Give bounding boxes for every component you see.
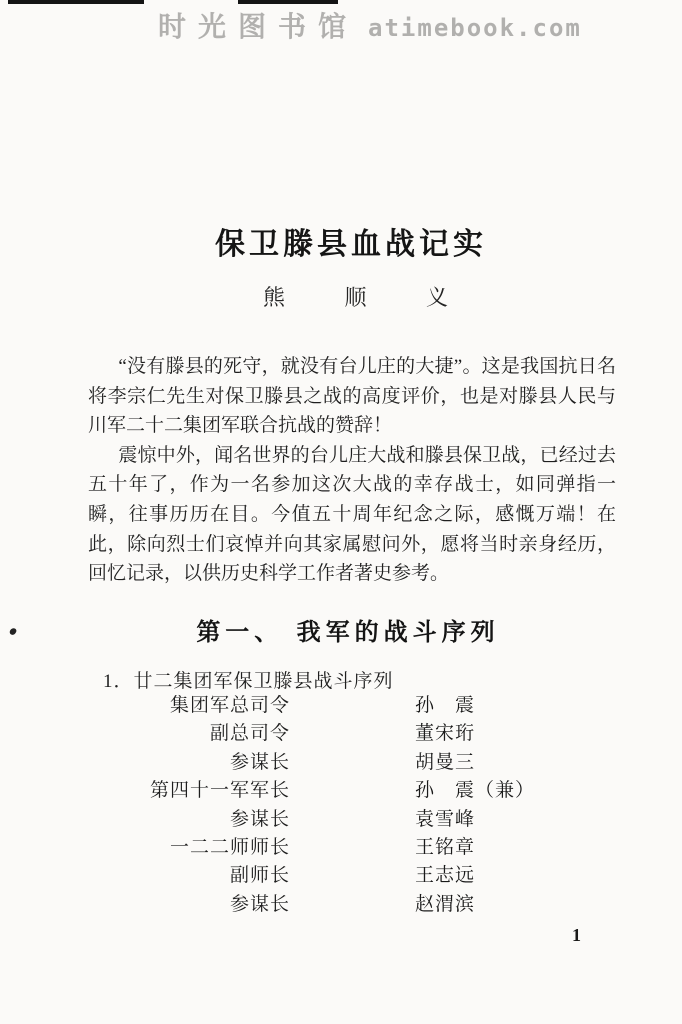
article-body: “没有滕县的死守，就没有台儿庄的大捷”。这是我国抗日名将李宗仁先生对保卫滕县之战… [88, 352, 616, 589]
roster-row: 副师长 王志远 [88, 862, 616, 890]
roster-name: 胡曼三 [415, 749, 475, 777]
page-number: 1 [572, 925, 581, 946]
battle-order-roster: 集团军总司令 孙 震 副总司令 董宋珩 参谋长 胡曼三 第四十一军军长 孙 震（… [88, 692, 616, 919]
section-heading: 第一、 我军的战斗序列 [14, 612, 682, 647]
roster-row: 一二二师师长 王铭章 [88, 834, 616, 862]
roster-name: 袁雪峰 [415, 806, 475, 834]
roster-role: 副总司令 [88, 720, 290, 748]
roster-name: 董宋珩 [415, 720, 475, 748]
roster-row: 参谋长 赵渭滨 [88, 891, 616, 919]
watermark: 时光图书馆 atimebook.com [158, 5, 582, 45]
roster-role: 集团军总司令 [88, 692, 290, 720]
watermark-site-name: 时光图书馆 [158, 5, 358, 45]
scanned-book-page: 时光图书馆 atimebook.com 保卫滕县血战记实 熊 顺 义 “没有滕县… [0, 0, 682, 1024]
roster-role: 一二二师师长 [88, 834, 290, 862]
roster-name: 孙 震（兼） [415, 777, 535, 805]
scan-edge-line-mid [238, 0, 338, 4]
roster-name: 赵渭滨 [415, 891, 475, 919]
roster-row: 集团军总司令 孙 震 [88, 692, 616, 720]
roster-role: 第四十一军军长 [88, 777, 290, 805]
roster-row: 第四十一军军长 孙 震（兼） [88, 777, 616, 805]
roster-name: 孙 震 [415, 692, 475, 720]
roster-name: 王志远 [415, 862, 475, 890]
roster-row: 参谋长 袁雪峰 [88, 806, 616, 834]
roster-name: 王铭章 [415, 834, 475, 862]
roster-role: 参谋长 [88, 749, 290, 777]
article-author: 熊 顺 义 [56, 281, 682, 312]
scan-edge-line-left [8, 0, 144, 4]
roster-list-intro: 1．廿二集团军保卫滕县战斗序列 [103, 666, 394, 693]
paragraph-memoir-intro: 震惊中外，闻名世界的台儿庄大战和滕县保卫战，已经过去五十年了，作为一名参加这次大… [88, 441, 616, 589]
roster-role: 参谋长 [88, 891, 290, 919]
paragraph-quote-intro: “没有滕县的死守，就没有台儿庄的大捷”。这是我国抗日名将李宗仁先生对保卫滕县之战… [88, 352, 616, 441]
roster-role: 副师长 [88, 862, 290, 890]
article-title: 保卫滕县血战记实 [20, 219, 682, 263]
roster-row: 参谋长 胡曼三 [88, 749, 616, 777]
roster-role: 参谋长 [88, 806, 290, 834]
roster-row: 副总司令 董宋珩 [88, 720, 616, 748]
watermark-site-url: atimebook.com [368, 14, 582, 42]
